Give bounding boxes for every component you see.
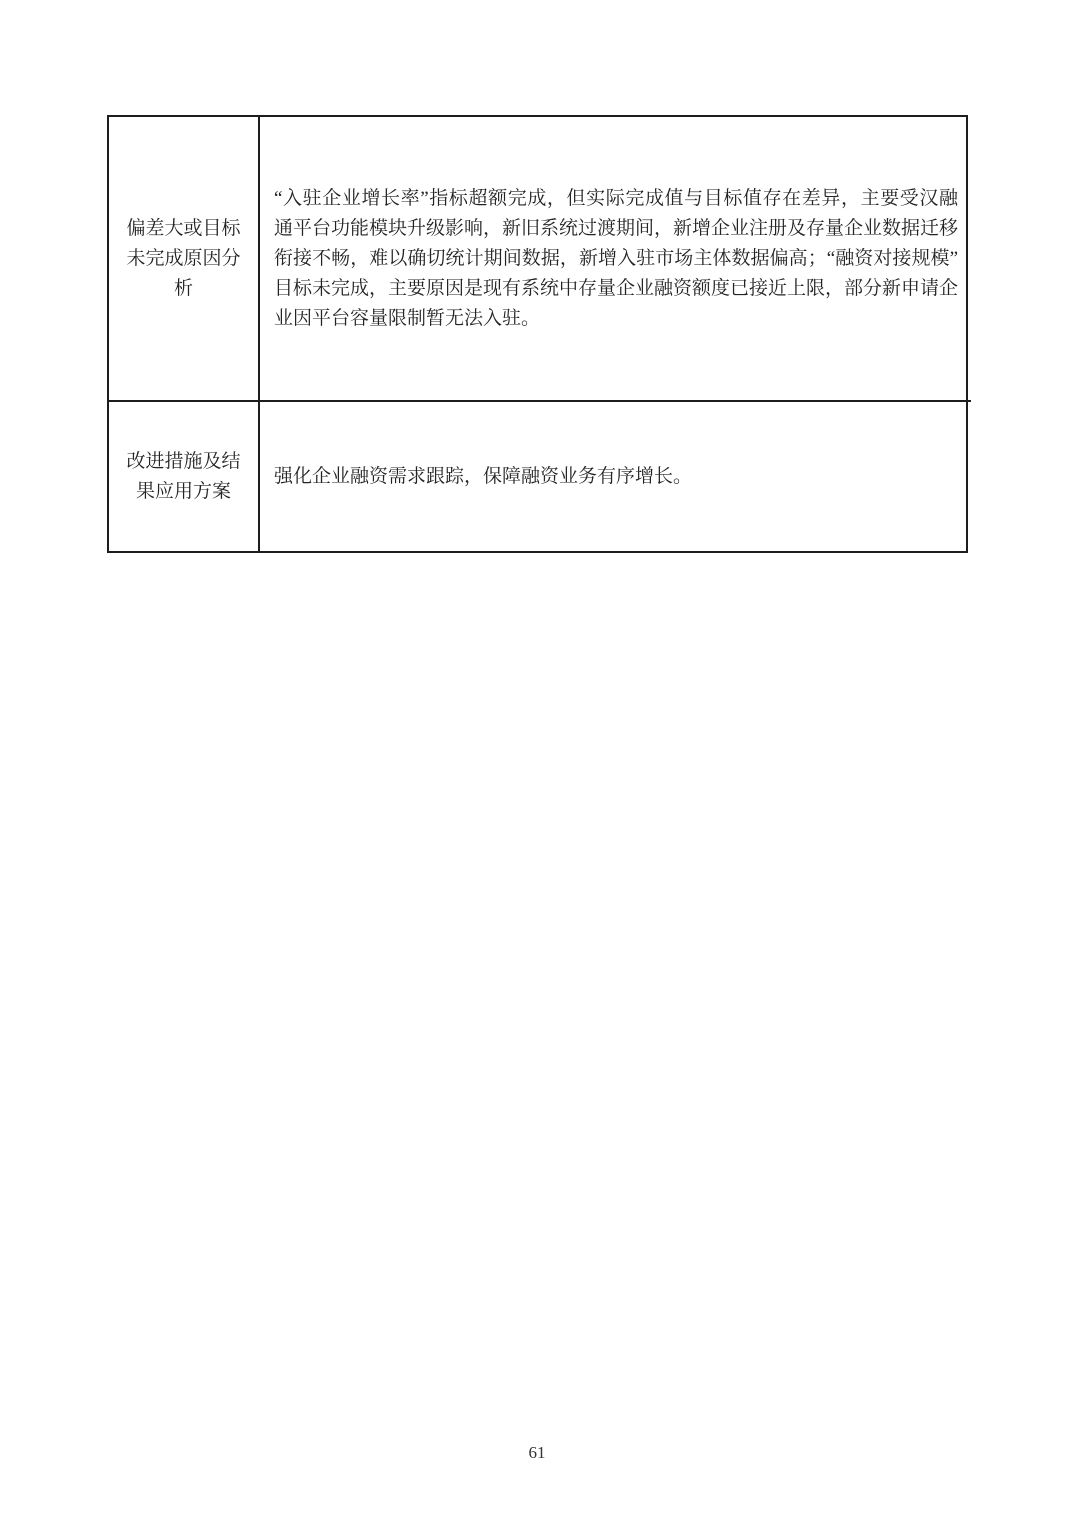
page-number: 61 — [0, 1443, 1074, 1463]
label-line: 偏差大或目标 — [126, 214, 240, 244]
paragraph-line: 目标未完成，主要原因是现有系统中存量企业融资额度已接近上限，部分新申请企 — [274, 274, 958, 304]
table-content-cell-improvement-plan: 强化企业融资需求跟踪，保障融资业务有序增长。 — [260, 402, 971, 551]
paragraph-line: 强化企业融资需求跟踪，保障融资业务有序增长。 — [274, 462, 958, 492]
label-line: 果应用方案 — [136, 477, 231, 507]
paragraph-line: “入驻企业增长率”指标超额完成，但实际完成值与目标值存在差异，主要受汉融 — [274, 184, 958, 214]
paragraph-line: 衔接不畅，难以确切统计期间数据，新增入驻市场主体数据偏高；“融资对接规模” — [274, 244, 958, 274]
paragraph-line: 业因平台容量限制暂无法入驻。 — [274, 304, 958, 334]
performance-deviation-table: 偏差大或目标 未完成原因分 析 “入驻企业增长率”指标超额完成，但实际完成值与目… — [107, 115, 968, 553]
label-line: 析 — [174, 274, 193, 304]
table-label-cell-improvement-plan: 改进措施及结 果应用方案 — [109, 402, 260, 551]
label-line: 未完成原因分 — [126, 244, 240, 274]
document-page: 偏差大或目标 未完成原因分 析 “入驻企业增长率”指标超额完成，但实际完成值与目… — [0, 0, 1074, 1520]
table-label-cell-deviation-analysis: 偏差大或目标 未完成原因分 析 — [109, 117, 260, 402]
paragraph-line: 通平台功能模块升级影响，新旧系统过渡期间，新增企业注册及存量企业数据迁移 — [274, 214, 958, 244]
label-line: 改进措施及结 — [126, 447, 240, 477]
table-content-cell-deviation-analysis: “入驻企业增长率”指标超额完成，但实际完成值与目标值存在差异，主要受汉融 通平台… — [260, 117, 971, 402]
